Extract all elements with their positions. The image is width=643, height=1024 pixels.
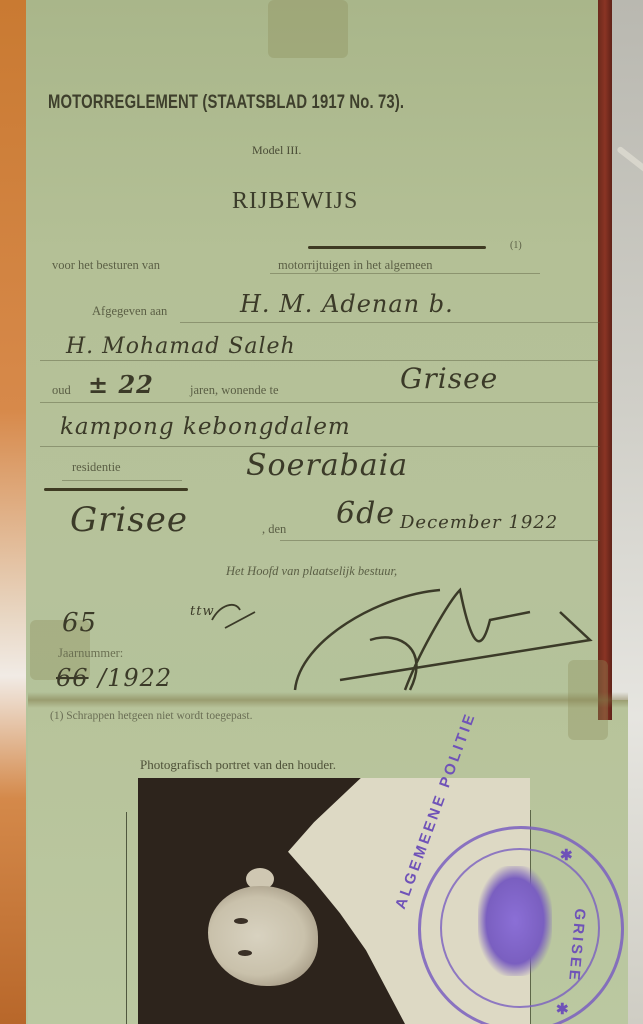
stamp-mark-icon: ✱ (556, 1000, 572, 1018)
model-number: Model III. (252, 143, 301, 158)
paper-stain (268, 0, 348, 58)
document-heading: RIJBEWIJS (232, 188, 358, 215)
photo-eye (238, 950, 252, 956)
holder-name-line2: H. Mohamad Saleh (66, 334, 296, 359)
age-label: oud (52, 383, 71, 398)
issued-to-label: Afgegeven aan (92, 304, 167, 319)
authority-label: Het Hoofd van plaatselijk bestuur, (226, 564, 397, 579)
stamp-mark-icon: ✱ (560, 846, 576, 864)
document-title: MOTORREGLEMENT (STAATSBLAD 1917 No. 73). (48, 92, 404, 114)
form-line (270, 273, 540, 274)
leather-cover-edge (598, 0, 612, 720)
date-label: , den (262, 522, 286, 537)
form-line (40, 446, 600, 447)
registration-year: /1922 (98, 664, 172, 692)
place-value: Grisee (70, 500, 188, 540)
form-line (280, 540, 600, 541)
photo-face (208, 886, 318, 986)
photo-eye (234, 918, 248, 924)
paper-stain (568, 660, 608, 740)
date-month-year: December 1922 (400, 512, 558, 533)
footnote-mark: (1) (510, 240, 522, 251)
footnote: (1) Schrappen hetgeen niet wordt toegepa… (50, 710, 252, 722)
residence-address: kampong kebongdalem (60, 414, 351, 440)
crest-icon (478, 866, 552, 976)
residentie-value: Soerabaia (246, 448, 408, 483)
photo-caption: Photografisch portret van den houder. (140, 757, 336, 773)
residence-label: jaren, wonende te (190, 383, 279, 398)
strikethrough-line (308, 246, 486, 249)
age-value: ± 22 (88, 370, 154, 399)
residence-city: Grisee (400, 362, 498, 395)
driving-label: voor het besturen van (52, 258, 160, 273)
vehicle-type: motorrijtuigen in het algemeen (278, 258, 432, 273)
form-line (180, 322, 600, 323)
photo-frame-edge (126, 812, 131, 1024)
residentie-label: residentie (72, 460, 121, 475)
strikethrough-line (44, 488, 188, 491)
registrar-initials: ttw (190, 604, 215, 619)
fold-crease (28, 692, 628, 708)
form-line (62, 480, 182, 481)
holder-name-line1: H. M. Adenan b. (240, 290, 454, 318)
registration-number-old: 66 (56, 664, 89, 692)
form-line (40, 402, 600, 403)
jaarnummer-label: Jaarnummer: (58, 646, 123, 661)
form-line (40, 360, 600, 361)
date-day: 6de (336, 496, 395, 531)
registration-number-new: 65 (62, 608, 97, 638)
